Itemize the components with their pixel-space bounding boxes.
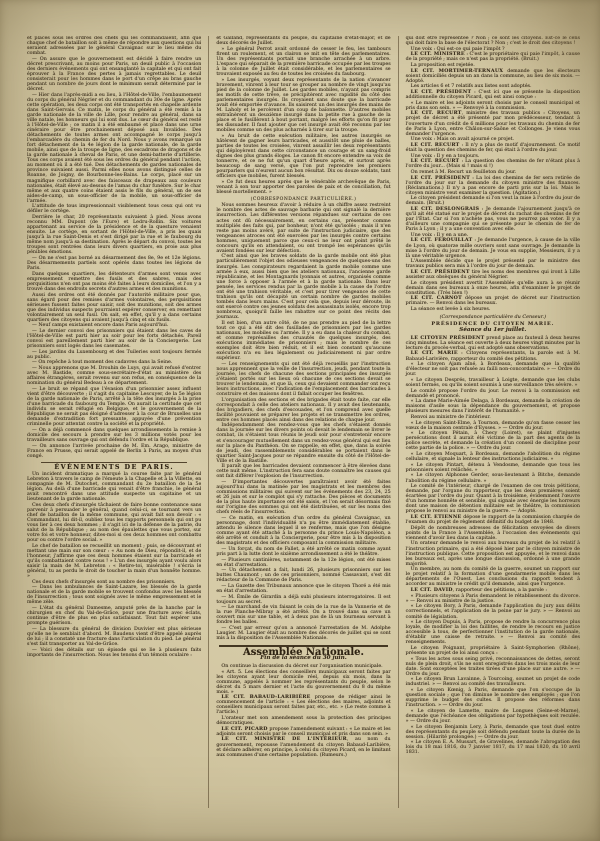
paragraph: » Ce fut deux heures après que le vénéra…	[216, 180, 390, 195]
speaker-name: LE CIT. ETIENNE	[411, 514, 462, 520]
paragraph: Un incident dramatique a marqué la cours…	[27, 472, 201, 502]
newspaper-column-right: qui doit être représentée ? Non ; ce son…	[398, 36, 580, 808]
paragraph: — Le dernier convoi des prisonniers qui …	[27, 329, 201, 349]
paragraph: LE CIT. DAVID, rapporteur des pétitions,…	[406, 588, 580, 593]
paragraph: « Le citoyen Pintart, détenu à Vendosme,…	[406, 463, 580, 473]
subhead-correspondance: (CORRESPONDANCE PARTICULIÈRE.)	[216, 197, 390, 202]
paragraph: « Le citoyen Kœnig, à Paris, demande que…	[406, 688, 580, 708]
paragraph: — Neuf camps existaient encore dans Pari…	[27, 323, 201, 328]
paragraph: L'organisation des sections et des briga…	[216, 398, 390, 423]
paragraph: LE CITOYEN PRÉSIDENT prend place au faut…	[406, 336, 580, 351]
paragraph: — La blessure du général de division Duv…	[27, 627, 201, 647]
paragraph: — Plusieurs cantinières, notamment de la…	[216, 558, 390, 568]
subhead-correspondance-censeur: (Correspondance particulière du Censeur.…	[406, 315, 580, 320]
paragraph: Dépôt de nombreuses adresses de félicita…	[406, 526, 580, 541]
paragraph: « Le citoyen Després, travailleur à Loig…	[406, 378, 580, 388]
paragraph: — C'est par erreur qu'on a annoncé l'arr…	[216, 626, 390, 641]
paragraph: L'Assemblée décide que le projet présent…	[406, 259, 580, 269]
paragraph: Un membre, au nom du comité de la guerre…	[406, 567, 580, 587]
paragraph: LE CIT. DESLONGRAIS : Je demande l'ajour…	[406, 207, 580, 232]
paragraph: « Le citoyen Saint-Elme, à Tournon, dema…	[406, 421, 580, 431]
paragraph: L'attitude de tous impressionnait visibl…	[27, 204, 201, 214]
paragraph: et placés sous les ordres des chefs qui …	[27, 36, 201, 56]
paragraph: « Art. 5. Les élections des conseillers …	[216, 670, 390, 695]
paragraph: — Voici des détails sur un épisode qui s…	[27, 648, 201, 658]
paragraph: La séance est levée à six heures.	[406, 307, 580, 312]
paragraph: — Hier dans l'après-midi a eu lieu, à l'…	[27, 93, 201, 204]
speaker-name: LE CIT. PRÉSIDENT	[411, 175, 470, 181]
paragraph: « Le citoyen de Lamette, maire de Longue…	[406, 709, 580, 724]
paragraph: — D'importantes découvertes paraîtraient…	[216, 480, 390, 515]
paragraph: « Le citoyen Ajam aîné, à Bordeaux, dema…	[406, 362, 580, 377]
paragraph: Le citoyen président demande si l'on veu…	[406, 196, 580, 206]
paragraph: « Le citoyen Dupuis, à Paris, propose de…	[406, 620, 580, 645]
paragraph: « Plusieurs citoyens à Paris demandent l…	[406, 594, 580, 604]
paragraph: « Le citoyen Alphonse Gerder, sous-lieut…	[406, 473, 580, 483]
paragraph: LE CIT. RECURT : La question des chemins…	[406, 159, 580, 169]
speaker-name: LE CIT. PRÉSIDENT	[411, 269, 470, 275]
paragraph: « Le citoyen Bory, à Paris, demande l'ap…	[406, 604, 580, 619]
paragraph: Dans quelques quartiers, les détenteurs …	[27, 272, 201, 292]
paragraph: Il est bien, d'un autre côté, de ne pas …	[216, 321, 390, 361]
paragraph: — On annonce l'arrivée prochaine de M. E…	[27, 444, 201, 459]
paragraph: — On repêche à tout moment des cadavres …	[27, 360, 201, 365]
paragraph: LE CIT. MINISTRE DE L'INTÉRIEUR, au nom …	[216, 737, 390, 757]
paragraph: — L'état du général Damesme, amputé près…	[27, 606, 201, 626]
paragraph: — Nous apprenons que M. Drouhin de Luys,…	[27, 366, 201, 386]
paragraph: LE CIT. FÉROUILLAT : Je demande l'urgenc…	[406, 238, 580, 258]
paragraph: « Le citoyen Pétain, à Checy (Loiret), s…	[406, 431, 580, 451]
paragraph: « Le citoyen E. A. Mussart, de Graveline…	[406, 740, 580, 755]
paragraph: « La dame Marie-Aimée Delaga, à Bordeaux…	[406, 399, 580, 414]
paragraph: — Le bruit se répand que l'évasion d'un …	[27, 387, 201, 427]
section-label: Séance du 1er juillet.	[406, 328, 580, 333]
paragraph: — On assure que le gouvernement est déci…	[27, 57, 201, 92]
paragraph: » Le général Perrot avait ordonné de ces…	[216, 47, 390, 77]
newspaper-column-left: et placés sous les ordres des chefs qui …	[27, 36, 201, 808]
paragraph: — On a déjà commencé dans quelques arron…	[27, 428, 201, 443]
newspaper-column-middle: et Galland, représentants du peuple, du …	[208, 36, 390, 808]
paragraph: — Un forçat, du nom de Fallet, a été arr…	[216, 547, 390, 557]
speaker-name: LE CIT. RECURT	[411, 158, 460, 164]
paragraph: « Tous les actes sous seing privé, recon…	[406, 657, 580, 677]
paragraph: Le citoyen Poignant, propriétaire à Sain…	[406, 646, 580, 656]
paragraph: LE CIT. ETIENNE dépose le rapport de la …	[406, 515, 580, 525]
paragraph: Un orateur demande le renvoi aux bureaux…	[406, 541, 580, 566]
speaker-name: LE CITOYEN PRÉSIDENT	[411, 335, 485, 341]
paragraph: Le chef de bataillon se recueillit un mo…	[27, 544, 201, 579]
paragraph: Ces deux chefs d'insurgés tâchaient de f…	[27, 503, 201, 543]
paragraph: Renvoi au ministre de l'intérieur.	[406, 415, 580, 420]
paragraph: » Au bruit de cette exécution militaire,…	[216, 134, 390, 179]
section-heading-evenements: ÉVÉNEMENTS DE PARIS.	[27, 465, 201, 470]
speaker-name: LE CIT. FÉROUILLAT	[411, 237, 473, 243]
paragraph: « Le citoyen Brun Lavainne, à Tourcoing,…	[406, 677, 580, 687]
paragraph: Aussi des ordres ont été donnés par l'au…	[27, 293, 201, 323]
column-layout: et placés sous les ordres des chefs qui …	[27, 36, 580, 808]
speaker-name: LE CIT. MINISTRE	[411, 51, 465, 57]
paragraph: L'orateur met son amendement sous la pro…	[216, 716, 390, 726]
paragraph: LE CIT. BABAUD-LARIBIÈRE propose de rédi…	[216, 695, 390, 715]
paragraph: — Un détachement a fait, lundi 26, plusi…	[216, 568, 390, 583]
newspaper-page: et placés sous les ordres des chefs qui …	[0, 0, 600, 841]
paragraph: Le comité propose l'ordre du jour. Le re…	[406, 389, 580, 399]
paragraph: et Galland, représentants du peuple, du …	[216, 36, 390, 46]
paragraph: — M. Émile de Girardin a déjà subi plusi…	[216, 595, 390, 605]
speaker-name: LE CIT. DAVID	[411, 587, 453, 593]
paragraph: LE CIT. RECURT : Il n'y a plus de motif …	[406, 143, 580, 153]
paragraph: LE CIT. PRÉSIDENT : La loi des chemins d…	[406, 176, 580, 196]
paragraph: LE CIT. PRÉSIDENT tire les noms des memb…	[406, 270, 580, 280]
paragraph: Derrière le char, 20 représentants suiva…	[27, 215, 201, 255]
paragraph: — Les jardins du Luxembourg et des Tuile…	[27, 350, 201, 360]
paragraph: Le citoyen président avertit l'Assemblée…	[406, 281, 580, 296]
speaker-name: LE CIT. PICARD	[221, 726, 267, 732]
speaker-name: LE CIT. RECURT	[411, 110, 462, 116]
paragraph: — Le marchand de vin faisant le coin de …	[216, 605, 390, 625]
paragraph: qui doit être représentée ? Non ; ce son…	[406, 36, 580, 46]
paragraph: Nous sommes heureux d'avoir à réduire à …	[216, 203, 390, 253]
speaker-name: LE CIT. PRÉSIDENT	[411, 89, 472, 95]
paragraph: — On ne s'est pas borné au désarmement d…	[27, 256, 201, 271]
paragraph: LE CIT. RECURT, ministre des travaux pub…	[406, 111, 580, 136]
paragraph: Ces deux chefs d'insurgés sont au nombre…	[27, 580, 201, 585]
speaker-name: LE CIT. MINISTRE DE L'INTÉRIEUR	[221, 736, 347, 742]
speaker-name: LE CIT. MORTIMER-TERNAUX	[411, 68, 504, 74]
newspaper-sheet: et placés sous les ordres des chefs qui …	[0, 0, 600, 841]
speaker-name: LE CIT. MARIE	[411, 350, 458, 356]
paragraph: — Dans les ambulances de Saint-Lazare, l…	[27, 585, 201, 605]
paragraph: LE CIT. MORTIMER-TERNAUX demande que les…	[406, 69, 580, 84]
paragraph: Le comité de l'intérieur, chargé de l'ex…	[406, 484, 580, 514]
paragraph: — La Gazette des Tribunaux annonce que l…	[216, 584, 390, 594]
paragraph: LE CIT. PRÉSIDENT : C'est ici que se pré…	[406, 90, 580, 100]
speaker-name: LE CIT. CARNOT	[411, 295, 462, 301]
paragraph: » Les insurgés, voyant deux représentant…	[216, 78, 390, 134]
paragraph: « Le citoyen Moquart, à Bordeaux, demand…	[406, 452, 580, 462]
paragraph: — Ce matin, en exécution d'un ordre du g…	[216, 516, 390, 546]
paragraph: LE CIT. MARIE : Citoyens représentants, …	[406, 351, 580, 361]
paragraph: On continue la discussion du décret sur …	[216, 664, 390, 669]
paragraph: LE CIT. CARNOT dépose un projet de décre…	[406, 296, 580, 306]
paragraph: « Le citoyen Benjamin Lery, à Paris, dem…	[406, 725, 580, 740]
speaker-name: LE CIT. BABAUD-LARIBIÈRE	[221, 694, 310, 700]
paragraph: C'est ainsi que les braves soldats de la…	[216, 254, 390, 320]
speaker-name: LE CIT. RECURT	[411, 142, 460, 148]
paragraph: LE CIT. MINISTRE : C'est le propriétaire…	[406, 52, 580, 62]
speaker-name: LE CIT. DESLONGRAIS	[411, 206, 480, 212]
paragraph: Il paraît que les barricades devaient co…	[216, 464, 390, 479]
paragraph: — Les renseignements qui ont été déjà re…	[216, 362, 390, 397]
paragraph: Indépendamment des rendez-vous que les c…	[216, 423, 390, 463]
